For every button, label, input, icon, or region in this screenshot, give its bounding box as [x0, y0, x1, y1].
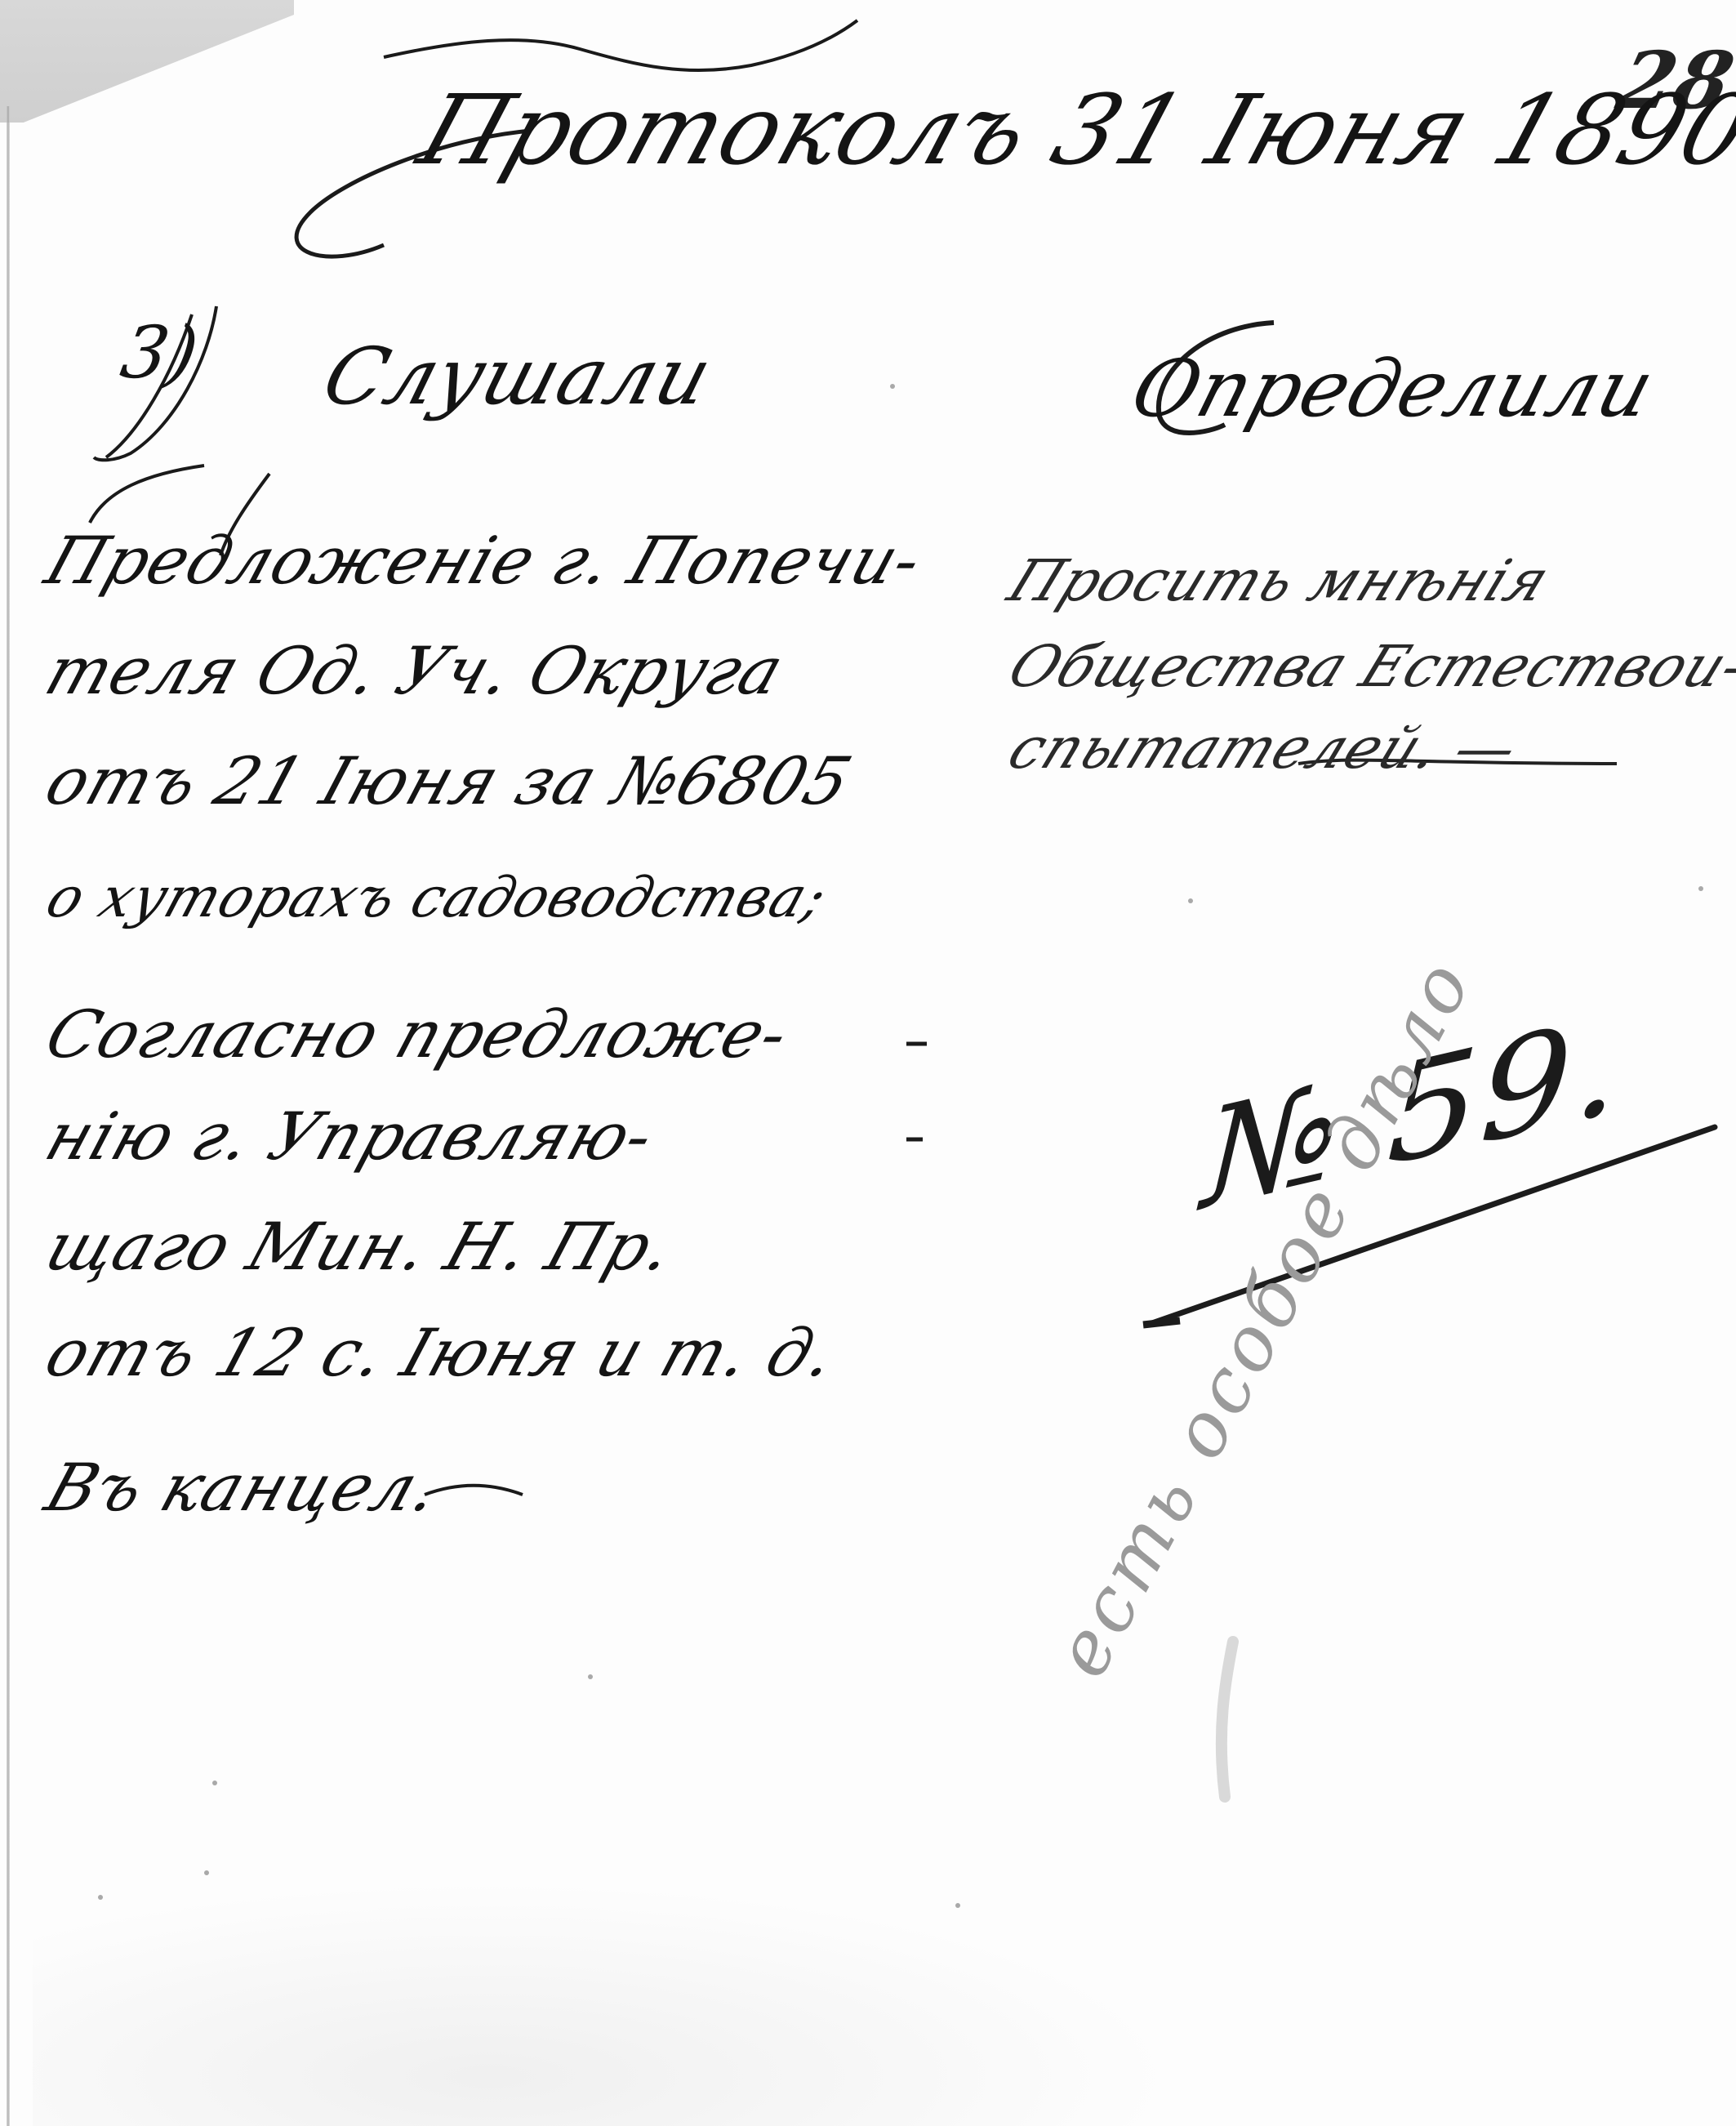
- protocol-title: Протоколъ 31 Іюня 1890.: [407, 74, 1736, 186]
- folded-corner-background: [0, 0, 294, 123]
- left-column-line: отъ 12 с. Іюня и т. д.: [37, 1315, 846, 1391]
- left-column-line: Согласно предложе-: [37, 996, 799, 1072]
- right-column-heading: Определили: [1122, 343, 1664, 435]
- paper-speck: [212, 1781, 217, 1785]
- right-column-line: Просить мнѣнія: [999, 547, 1560, 614]
- left-column-line: теля Од. Уч. Округа: [37, 633, 793, 709]
- left-column-heading: Слушали: [314, 331, 723, 422]
- paper-speck: [588, 1674, 593, 1679]
- right-column-line: Общества Естествои-: [999, 633, 1736, 700]
- page-left-edge: [7, 106, 10, 2126]
- left-column-line: щаго Мин. Н. Пр.: [37, 1209, 683, 1285]
- paper-speck: [955, 1903, 960, 1908]
- left-column-line: отъ 21 Іюня за №6805: [37, 743, 861, 819]
- paper-speck: [1698, 886, 1703, 891]
- paper-speck: [98, 1895, 103, 1900]
- left-column-line: Предложеніе г. Попечи-: [37, 523, 932, 599]
- paper-speck: [890, 384, 895, 389]
- left-column-line: Въ канцел.: [37, 1450, 449, 1526]
- document-page: 28 Протоколъ 31 Іюня 1890. 3) Слушали Оп…: [0, 0, 1736, 2126]
- item-number: 3): [115, 310, 205, 394]
- pencil-annotation: есть особое дѣло: [1037, 943, 1489, 1691]
- paper-stain: [33, 1881, 1176, 2126]
- left-column-line: о хуторахъ садоводства;: [38, 866, 835, 930]
- paper-speck: [1188, 898, 1193, 903]
- right-column-line: спытателей. —: [999, 715, 1529, 782]
- paper-speck: [204, 1870, 209, 1875]
- left-column-line: нію г. Управляю-: [37, 1099, 664, 1174]
